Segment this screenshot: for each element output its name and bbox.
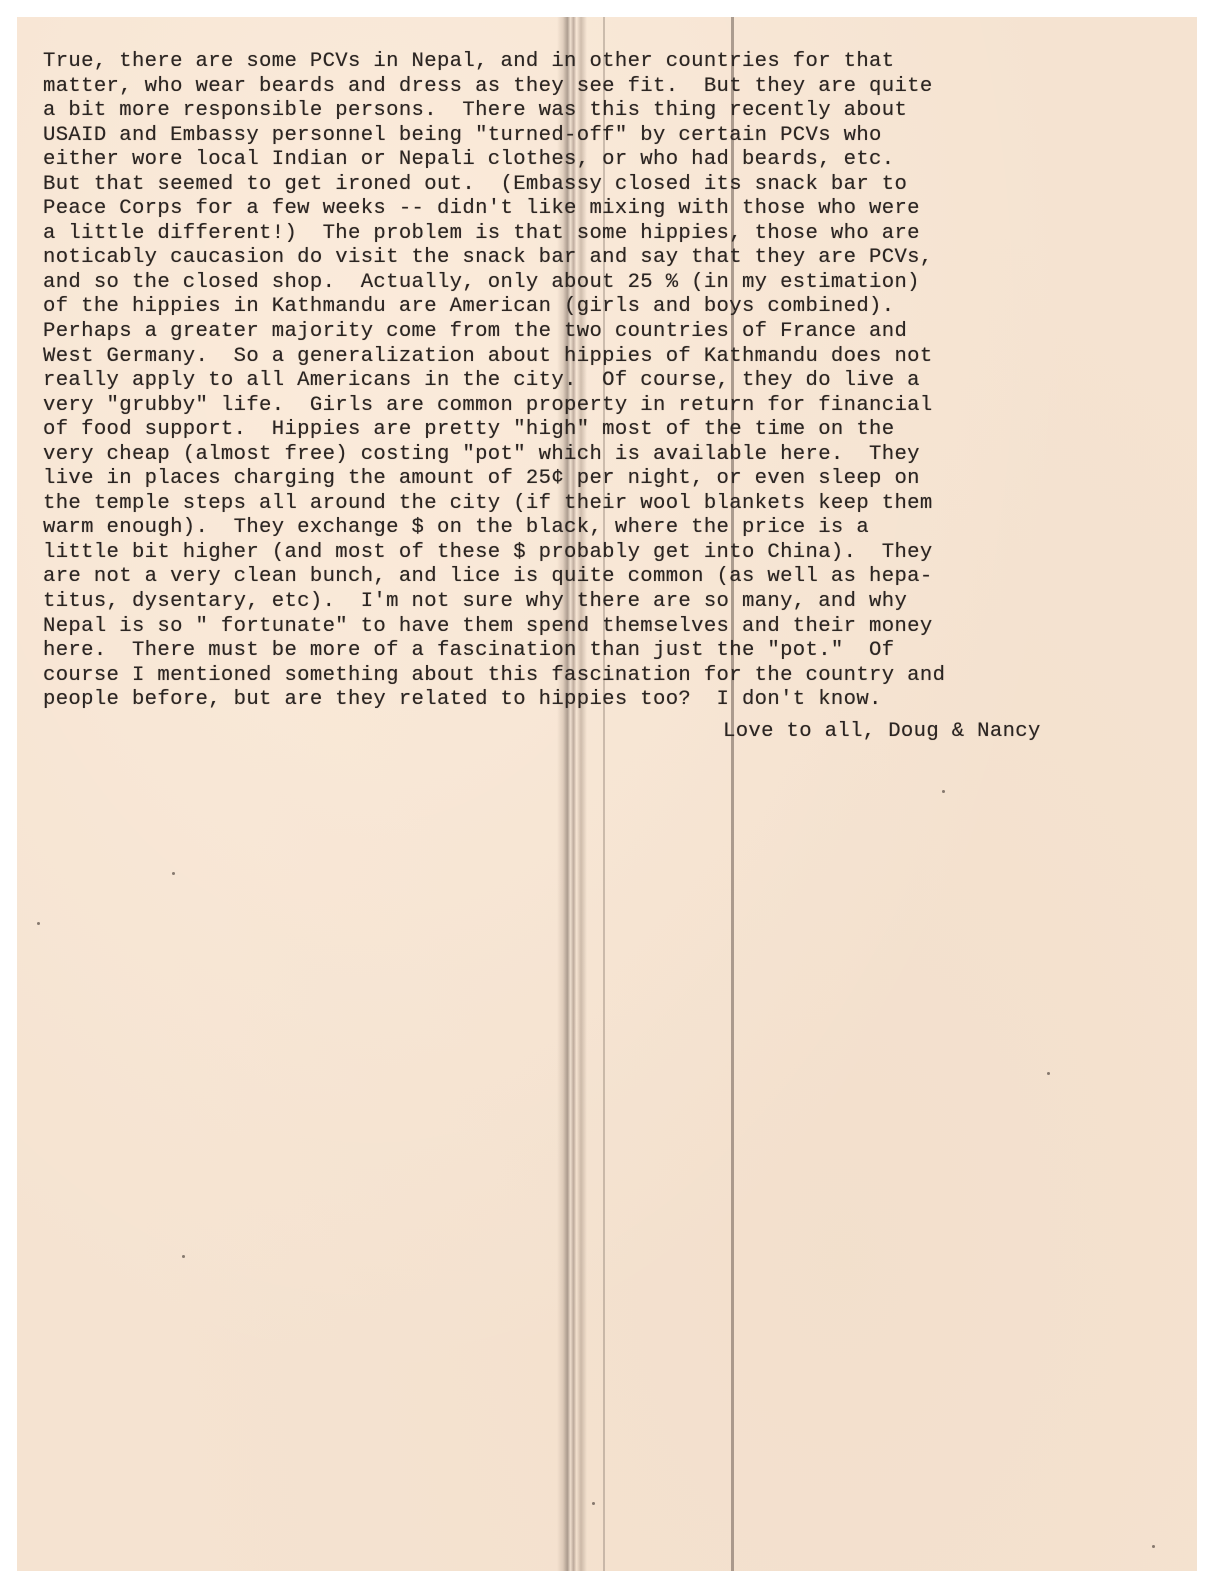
letter-page: True, there are some PCVs in Nepal, and …	[17, 17, 1197, 1571]
letter-signoff: Love to all, Doug & Nancy	[723, 720, 1041, 745]
letter-line: very cheap (almost free) costing "pot" w…	[43, 443, 1143, 468]
letter-line: people before, but are they related to h…	[43, 688, 1143, 713]
letter-line: matter, who wear beards and dress as the…	[43, 75, 1143, 100]
letter-line: either wore local Indian or Nepali cloth…	[43, 148, 1143, 173]
letter-line: of the hippies in Kathmandu are American…	[43, 295, 1143, 320]
letter-line: noticably caucasion do visit the snack b…	[43, 246, 1143, 271]
letter-line: Perhaps a greater majority come from the…	[43, 320, 1143, 345]
letter-line: Peace Corps for a few weeks -- didn't li…	[43, 197, 1143, 222]
paper-speck	[1152, 1545, 1155, 1548]
letter-line: titus, dysentary, etc). I'm not sure why…	[43, 590, 1143, 615]
letter-line: But that seemed to get ironed out. (Emba…	[43, 173, 1143, 198]
letter-line: really apply to all Americans in the cit…	[43, 369, 1143, 394]
letter-line: are not a very clean bunch, and lice is …	[43, 565, 1143, 590]
letter-line: live in places charging the amount of 25…	[43, 467, 1143, 492]
letter-line: very "grubby" life. Girls are common pro…	[43, 394, 1143, 419]
letter-line: and so the closed shop. Actually, only a…	[43, 271, 1143, 296]
letter-line: USAID and Embassy personnel being "turne…	[43, 124, 1143, 149]
letter-line: warm enough). They exchange $ on the bla…	[43, 516, 1143, 541]
paper-speck	[37, 922, 40, 925]
letter-line: course I mentioned something about this …	[43, 664, 1143, 689]
paper-speck	[182, 1255, 185, 1258]
letter-line: the temple steps all around the city (if…	[43, 492, 1143, 517]
letter-line: of food support. Hippies are pretty "hig…	[43, 418, 1143, 443]
letter-line: True, there are some PCVs in Nepal, and …	[43, 50, 1143, 75]
paper-speck	[1047, 1072, 1050, 1075]
paper-speck	[172, 872, 175, 875]
letter-line: little bit higher (and most of these $ p…	[43, 541, 1143, 566]
letter-line: a little different!) The problem is that…	[43, 222, 1143, 247]
letter-line: here. There must be more of a fascinatio…	[43, 639, 1143, 664]
letter-line: a bit more responsible persons. There wa…	[43, 99, 1143, 124]
paper-speck	[592, 1502, 595, 1505]
paper-speck	[942, 790, 945, 793]
letter-body: True, there are some PCVs in Nepal, and …	[43, 50, 1143, 713]
letter-line: West Germany. So a generalization about …	[43, 345, 1143, 370]
letter-line: Nepal is so " fortunate" to have them sp…	[43, 615, 1143, 640]
